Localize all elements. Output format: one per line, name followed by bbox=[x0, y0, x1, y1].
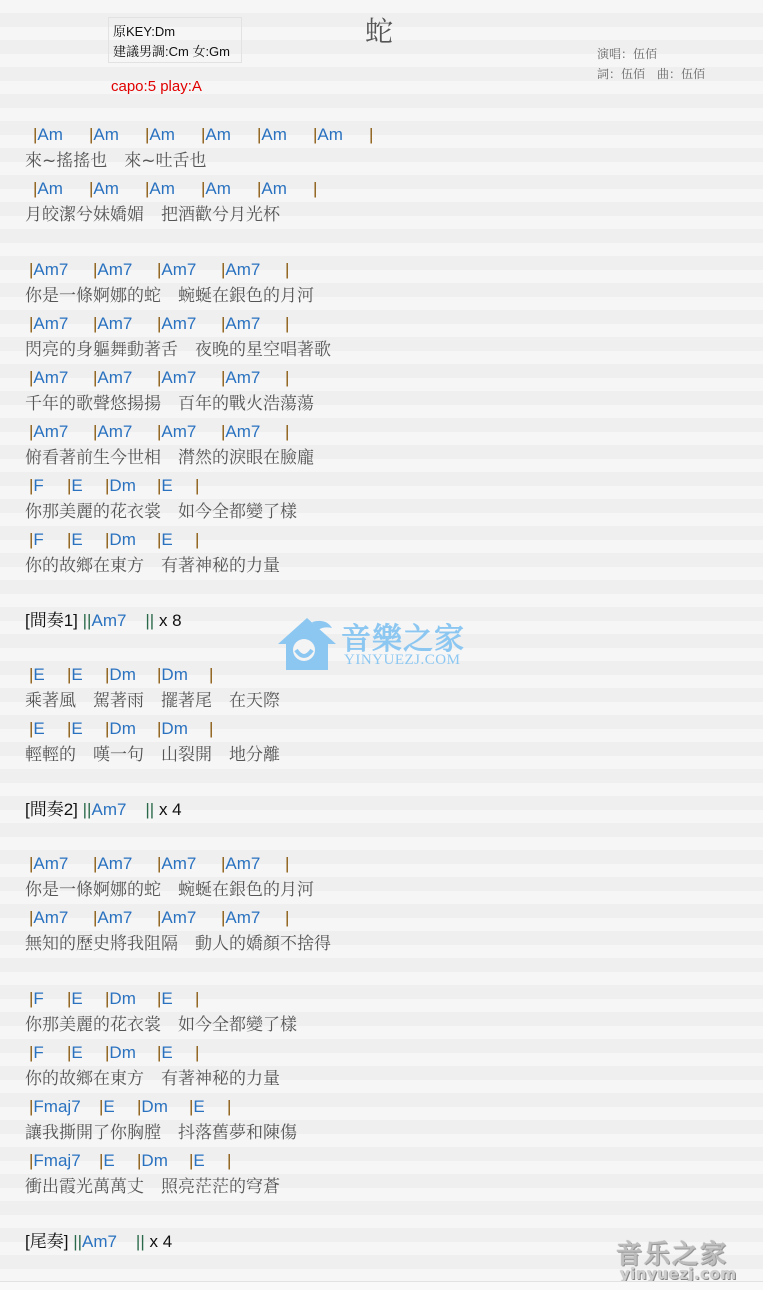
chord-name: E bbox=[71, 476, 82, 495]
bar-line: | bbox=[195, 989, 199, 1008]
chord-cell: |Am7 bbox=[221, 310, 285, 337]
chord-name: E bbox=[103, 1097, 114, 1116]
chord-cell: |Am7 bbox=[29, 904, 93, 931]
chord-name: Dm bbox=[109, 719, 135, 738]
suggested-key: 建議男調:Cm 女:Gm bbox=[113, 42, 241, 62]
chord-name: Am bbox=[93, 179, 119, 198]
bar-line: | bbox=[195, 1043, 199, 1062]
chord-cell: |F bbox=[29, 1039, 67, 1066]
chord-cell: |Dm bbox=[105, 472, 157, 499]
chord-cell: |Dm bbox=[105, 526, 157, 553]
chord-cell: |E bbox=[67, 715, 105, 742]
lyric-line: 讓我撕開了你胸膛 抖落舊夢和陳傷 bbox=[25, 1120, 745, 1147]
bar-line: | bbox=[209, 665, 213, 684]
chord-name: Am7 bbox=[225, 908, 260, 927]
chord-name: Am bbox=[149, 125, 175, 144]
chord-cell: |Am7 bbox=[93, 364, 157, 391]
bar-line: | bbox=[227, 1151, 231, 1170]
lyric-line: 你的故鄉在東方 有著神秘的力量 bbox=[25, 553, 745, 580]
chord-name: Am7 bbox=[161, 422, 196, 441]
chord-cell: |F bbox=[29, 526, 67, 553]
chord-cell: |Am7 bbox=[157, 850, 221, 877]
chord-row: |Fmaj7|E|Dm|E| bbox=[25, 1147, 745, 1174]
chord-cell: |E bbox=[29, 661, 67, 688]
bar-line: | bbox=[285, 422, 289, 441]
chord-cell: |Am7 bbox=[29, 364, 93, 391]
lyric-line: 衝出霞光萬萬丈 照亮茫茫的穹蒼 bbox=[25, 1174, 745, 1201]
section-label: [間奏2] bbox=[25, 800, 78, 819]
chord-cell: |Am7 bbox=[221, 256, 285, 283]
chord-name: Am7 bbox=[161, 854, 196, 873]
chord-name: Fmaj7 bbox=[33, 1097, 80, 1116]
chord-cell: |Am bbox=[145, 121, 201, 148]
chord-row: |F|E|Dm|E| bbox=[25, 1039, 745, 1066]
chord-cell: |Am7 bbox=[221, 418, 285, 445]
chord-name: E bbox=[103, 1151, 114, 1170]
chord-name: E bbox=[161, 1043, 172, 1062]
blank-line bbox=[25, 1201, 745, 1228]
spacer bbox=[126, 611, 145, 630]
chord-row: |F|E|Dm|E| bbox=[25, 526, 745, 553]
chord-cell: |E bbox=[67, 985, 105, 1012]
chord-cell: |Am bbox=[201, 121, 257, 148]
chord-name: Dm bbox=[109, 989, 135, 1008]
capo-info: capo:5 play:A bbox=[111, 78, 202, 95]
credits: 演唱：伍佰 詞：伍佰曲：伍佰 bbox=[597, 44, 705, 84]
chord-name: Am bbox=[205, 179, 231, 198]
chord-cell: |Am7 bbox=[29, 850, 93, 877]
chord-name: Am7 bbox=[33, 854, 68, 873]
chord-name: Am7 bbox=[97, 368, 132, 387]
section-label: [間奏1] bbox=[25, 611, 78, 630]
chord-name: Am bbox=[37, 179, 63, 198]
chord-row: |Am7|Am7|Am7|Am7| bbox=[25, 850, 745, 877]
chord-name: Dm bbox=[109, 476, 135, 495]
chord-row: |F|E|Dm|E| bbox=[25, 985, 745, 1012]
chord-cell: |Am bbox=[33, 121, 89, 148]
chord-cell: |Am7 bbox=[157, 256, 221, 283]
chord-name: Am7 bbox=[225, 854, 260, 873]
corner-logo: 音乐之家 yinyuezj.com bbox=[616, 1234, 756, 1284]
lyric-line: 千年的歌聲悠揚揚 百年的戰火浩蕩蕩 bbox=[25, 391, 745, 418]
chord-cell: |Dm bbox=[157, 661, 209, 688]
chord-name: Am7 bbox=[225, 422, 260, 441]
spacer bbox=[117, 1232, 136, 1251]
repeat-bar: || bbox=[145, 611, 154, 630]
chord-cell: |Am bbox=[89, 175, 145, 202]
chord-cell: |F bbox=[29, 985, 67, 1012]
chord-cell: |Am bbox=[89, 121, 145, 148]
chord-name: E bbox=[71, 719, 82, 738]
chord-cell: |Am7 bbox=[157, 904, 221, 931]
chord-cell: |E bbox=[67, 526, 105, 553]
chord-cell: |E bbox=[67, 472, 105, 499]
chord-name: Am7 bbox=[161, 368, 196, 387]
bar-line: | bbox=[285, 368, 289, 387]
chord-name: Am7 bbox=[161, 260, 196, 279]
bottom-area bbox=[0, 1282, 763, 1290]
lyricist: 詞：伍佰 bbox=[597, 67, 645, 81]
chord-name: Dm bbox=[109, 530, 135, 549]
song-title: 蛇 bbox=[365, 10, 393, 50]
spacer bbox=[126, 800, 145, 819]
chord-name: Am7 bbox=[91, 607, 126, 634]
chord-name: Am7 bbox=[97, 854, 132, 873]
blank-line bbox=[25, 229, 745, 256]
chord-cell: |Am7 bbox=[93, 904, 157, 931]
bar-line: | bbox=[227, 1097, 231, 1116]
chord-name: E bbox=[71, 1043, 82, 1062]
chord-name: Am7 bbox=[33, 260, 68, 279]
chord-name: Am7 bbox=[161, 908, 196, 927]
chord-cell: |Am7 bbox=[29, 256, 93, 283]
repeat-bar: || bbox=[83, 800, 92, 819]
chord-cell: |E bbox=[157, 1039, 195, 1066]
repeat-bar: || bbox=[73, 1232, 82, 1251]
chord-cell: |Am7 bbox=[221, 850, 285, 877]
chord-cell: |Am7 bbox=[157, 310, 221, 337]
chord-cell: |E bbox=[99, 1093, 137, 1120]
chord-cell: |Am bbox=[257, 175, 313, 202]
chord-row: |Am7|Am7|Am7|Am7| bbox=[25, 256, 745, 283]
lyric-line: 乘著風 駕著雨 擺著尾 在天際 bbox=[25, 688, 745, 715]
chord-cell: |E bbox=[157, 472, 195, 499]
house-music-note-icon bbox=[276, 616, 338, 672]
bar-line: | bbox=[285, 260, 289, 279]
lyric-line: 來~搖搖也 來~吐舌也 bbox=[25, 148, 745, 175]
chord-cell: |Dm bbox=[105, 661, 157, 688]
chord-name: Fmaj7 bbox=[33, 1151, 80, 1170]
chord-name: Am7 bbox=[91, 796, 126, 823]
chord-cell: |Fmaj7 bbox=[29, 1147, 99, 1174]
chord-cell: |Dm bbox=[157, 715, 209, 742]
repeat-bar: || bbox=[83, 611, 92, 630]
chord-name: E bbox=[161, 530, 172, 549]
chord-row: |F|E|Dm|E| bbox=[25, 472, 745, 499]
chord-row: |Am7|Am7|Am7|Am7| bbox=[25, 904, 745, 931]
chord-cell: |Fmaj7 bbox=[29, 1093, 99, 1120]
chord-name: Am7 bbox=[33, 422, 68, 441]
chord-cell: |F bbox=[29, 472, 67, 499]
chord-cell: |E bbox=[189, 1093, 227, 1120]
chord-name: Dm bbox=[109, 665, 135, 684]
bar-line: | bbox=[313, 179, 317, 198]
chord-cell: |Dm bbox=[105, 985, 157, 1012]
chord-cell: |Am7 bbox=[93, 418, 157, 445]
chord-row: |Am7|Am7|Am7|Am7| bbox=[25, 418, 745, 445]
bar-line: | bbox=[285, 908, 289, 927]
chord-name: Am bbox=[205, 125, 231, 144]
chord-name: Am7 bbox=[225, 314, 260, 333]
chord-cell: |E bbox=[99, 1147, 137, 1174]
repeat-count: x 4 bbox=[149, 1232, 172, 1251]
chord-name: Am7 bbox=[225, 260, 260, 279]
chord-cell: |Am7 bbox=[93, 256, 157, 283]
chord-sheet: |Am|Am|Am|Am|Am|Am|來~搖搖也 來~吐舌也|Am|Am|Am|… bbox=[25, 121, 745, 1255]
chord-name: Am7 bbox=[33, 368, 68, 387]
chord-cell: |Am bbox=[33, 175, 89, 202]
chord-cell: |Dm bbox=[105, 1039, 157, 1066]
lyric-line: 無知的歷史將我阻隔 動人的嬌顏不捨得 bbox=[25, 931, 745, 958]
chord-cell: |Am7 bbox=[157, 364, 221, 391]
chord-cell: |Am bbox=[313, 121, 369, 148]
blank-line bbox=[25, 580, 745, 607]
lyric-line: 閃亮的身軀舞動著舌 夜晚的星空唱著歌 bbox=[25, 337, 745, 364]
chord-name: Dm bbox=[161, 665, 187, 684]
repeat-count: x 8 bbox=[159, 611, 182, 630]
key-info-box: 原KEY:Dm 建議男調:Cm 女:Gm bbox=[108, 17, 242, 63]
watermark: 音樂之家 YINYUEZJ.COM bbox=[276, 614, 486, 674]
chord-name: Am bbox=[261, 179, 287, 198]
bar-line: | bbox=[195, 530, 199, 549]
repeat-bar: || bbox=[136, 1232, 145, 1251]
chord-row: |Am|Am|Am|Am|Am|Am| bbox=[25, 121, 745, 148]
lyric-line: 俯看著前生今世相 潸然的淚眼在臉龐 bbox=[25, 445, 745, 472]
lyric-line: 你那美麗的花衣裳 如今全都變了樣 bbox=[25, 499, 745, 526]
section-line: [間奏2] ||Am7 || x 4 bbox=[25, 796, 745, 823]
chord-cell: |Am bbox=[145, 175, 201, 202]
blank-line bbox=[25, 958, 745, 985]
chord-name: Am bbox=[261, 125, 287, 144]
chord-name: Am7 bbox=[225, 368, 260, 387]
chord-name: Am7 bbox=[33, 314, 68, 333]
lyric-line: 你是一條婀娜的蛇 蜿蜒在銀色的月河 bbox=[25, 283, 745, 310]
chord-name: E bbox=[71, 665, 82, 684]
chord-cell: |Am7 bbox=[29, 418, 93, 445]
chord-cell: |E bbox=[67, 661, 105, 688]
lyric-line: 你那美麗的花衣裳 如今全都變了樣 bbox=[25, 1012, 745, 1039]
chord-row: |E|E|Dm|Dm| bbox=[25, 715, 745, 742]
bar-line: | bbox=[369, 125, 373, 144]
bar-line: | bbox=[285, 854, 289, 873]
chord-name: Am7 bbox=[97, 422, 132, 441]
chord-row: |Am7|Am7|Am7|Am7| bbox=[25, 310, 745, 337]
chord-row: |Fmaj7|E|Dm|E| bbox=[25, 1093, 745, 1120]
chord-cell: |E bbox=[67, 1039, 105, 1066]
chord-name: E bbox=[33, 719, 44, 738]
chord-name: F bbox=[33, 476, 43, 495]
chord-cell: |Am7 bbox=[157, 418, 221, 445]
chord-cell: |Am bbox=[201, 175, 257, 202]
chord-name: Am bbox=[93, 125, 119, 144]
chord-cell: |E bbox=[157, 526, 195, 553]
chord-name: E bbox=[161, 476, 172, 495]
original-key: 原KEY:Dm bbox=[113, 22, 241, 42]
lyric-line: 你的故鄉在東方 有著神秘的力量 bbox=[25, 1066, 745, 1093]
chord-name: E bbox=[193, 1097, 204, 1116]
chord-cell: |Am7 bbox=[221, 364, 285, 391]
chord-name: Dm bbox=[109, 1043, 135, 1062]
watermark-url: YINYUEZJ.COM bbox=[344, 652, 460, 669]
blank-line bbox=[25, 769, 745, 796]
chord-name: Am7 bbox=[33, 908, 68, 927]
chord-row: |Am7|Am7|Am7|Am7| bbox=[25, 364, 745, 391]
repeat-bar: || bbox=[145, 800, 154, 819]
chord-cell: |Am7 bbox=[221, 904, 285, 931]
chord-name: Am7 bbox=[97, 908, 132, 927]
chord-cell: |Dm bbox=[137, 1093, 189, 1120]
chord-name: E bbox=[193, 1151, 204, 1170]
chord-name: Dm bbox=[141, 1151, 167, 1170]
lyric-line: 你是一條婀娜的蛇 蜿蜒在銀色的月河 bbox=[25, 877, 745, 904]
chord-name: Am bbox=[37, 125, 63, 144]
chord-name: Am7 bbox=[161, 314, 196, 333]
chord-name: Am bbox=[317, 125, 343, 144]
chord-name: Dm bbox=[161, 719, 187, 738]
chord-name: F bbox=[33, 530, 43, 549]
chord-cell: |E bbox=[189, 1147, 227, 1174]
chord-cell: |Dm bbox=[137, 1147, 189, 1174]
bar-line: | bbox=[209, 719, 213, 738]
singer: 演唱：伍佰 bbox=[597, 44, 705, 64]
chord-cell: |Am7 bbox=[93, 310, 157, 337]
lyric-line: 輕輕的 嘆一句 山裂開 地分離 bbox=[25, 742, 745, 769]
chord-row: |Am|Am|Am|Am|Am| bbox=[25, 175, 745, 202]
composer: 曲：伍佰 bbox=[657, 67, 705, 81]
bar-line: | bbox=[195, 476, 199, 495]
chord-name: E bbox=[71, 530, 82, 549]
chord-name: E bbox=[71, 989, 82, 1008]
repeat-count: x 4 bbox=[159, 800, 182, 819]
chord-cell: |Dm bbox=[105, 715, 157, 742]
bar-line: | bbox=[285, 314, 289, 333]
chord-cell: |E bbox=[157, 985, 195, 1012]
section-label: [尾奏] bbox=[25, 1232, 68, 1251]
blank-line bbox=[25, 823, 745, 850]
chord-cell: |Am7 bbox=[29, 310, 93, 337]
chord-name: E bbox=[33, 665, 44, 684]
chord-name: F bbox=[33, 1043, 43, 1062]
chord-cell: |E bbox=[29, 715, 67, 742]
lyric-line: 月皎潔兮妹嬌媚 把酒歡兮月光杯 bbox=[25, 202, 745, 229]
chord-name: Am7 bbox=[97, 260, 132, 279]
writers: 詞：伍佰曲：伍佰 bbox=[597, 64, 705, 84]
chord-name: Am7 bbox=[82, 1228, 117, 1255]
chord-name: E bbox=[161, 989, 172, 1008]
chord-cell: |Am7 bbox=[93, 850, 157, 877]
chord-name: Am7 bbox=[97, 314, 132, 333]
chord-cell: |Am bbox=[257, 121, 313, 148]
chord-name: Am bbox=[149, 179, 175, 198]
chord-name: F bbox=[33, 989, 43, 1008]
chord-name: Dm bbox=[141, 1097, 167, 1116]
